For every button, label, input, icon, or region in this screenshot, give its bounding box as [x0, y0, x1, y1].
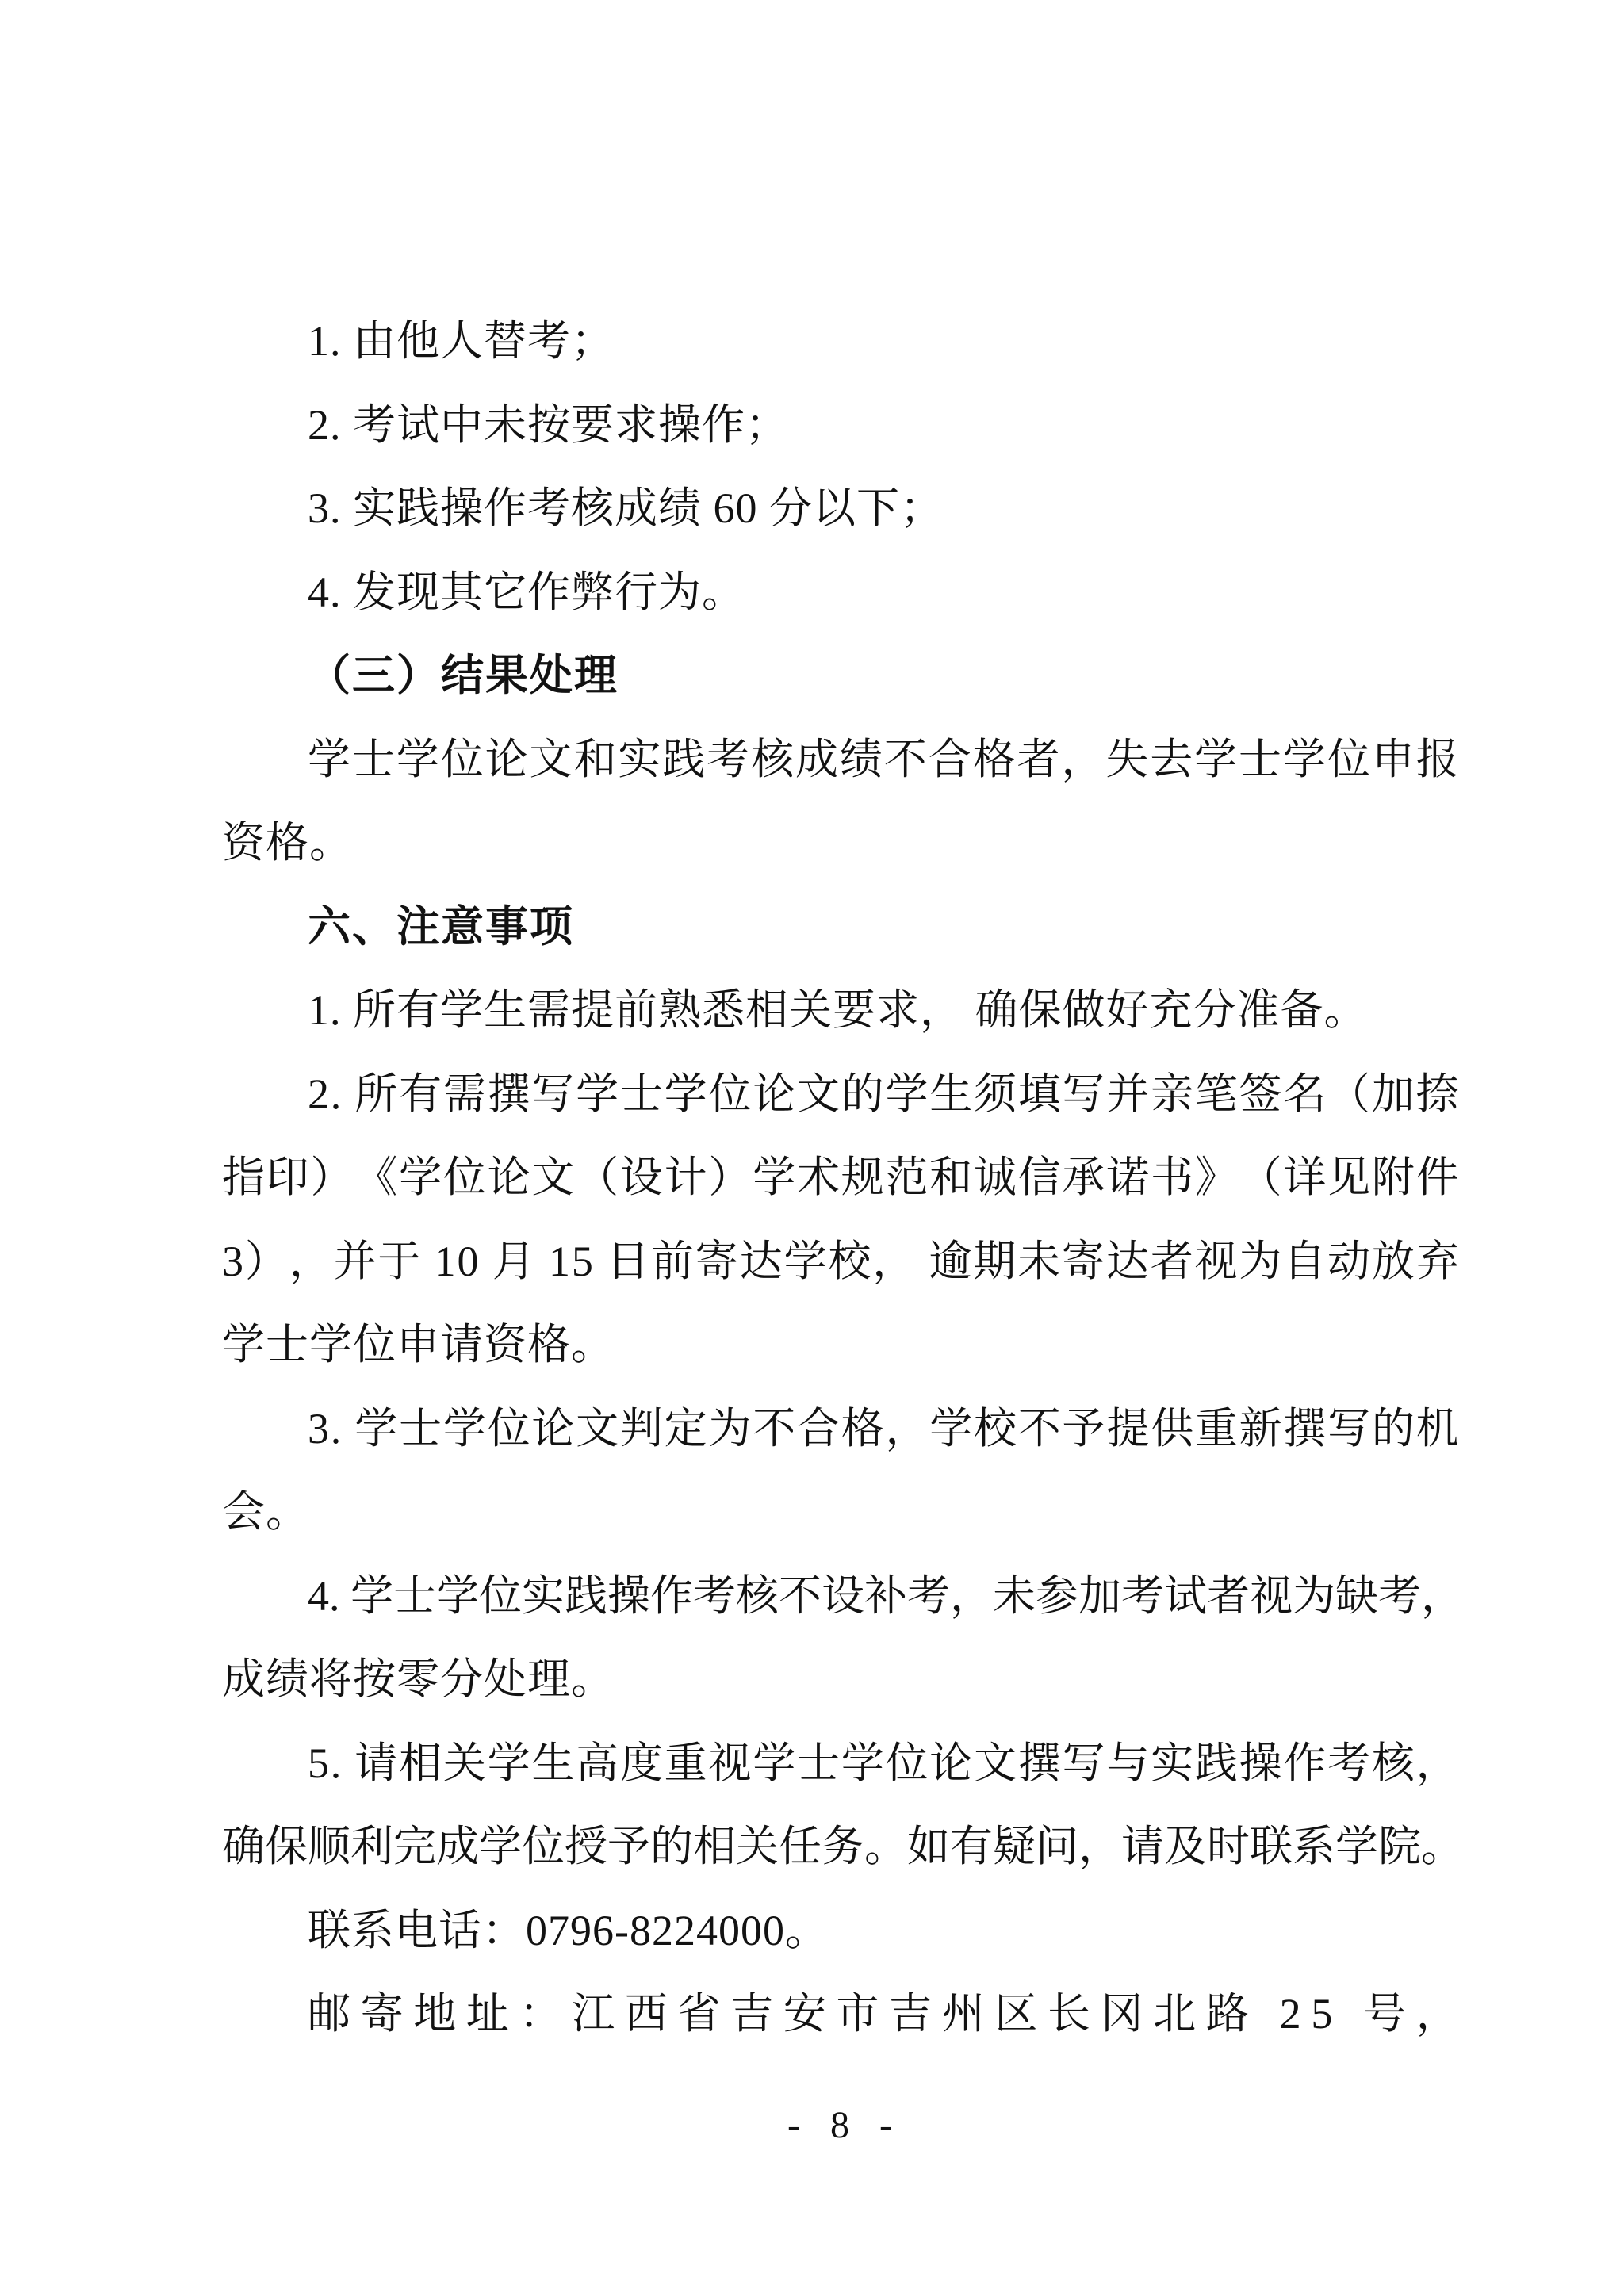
text-line: 学士学位论文和实践考核成绩不合格者，失去学士学位申报 — [222, 718, 1459, 802]
text-line: 1. 由他人替考； — [222, 300, 1459, 384]
text-line: 3. 实践操作考核成绩 60 分以下； — [222, 467, 1459, 551]
page-number: - 8 - — [787, 2104, 894, 2146]
text-line: 3），并于 10 月 15 日前寄达学校， 逾期未寄达者视为自动放弃 — [222, 1220, 1459, 1304]
text-line: 4. 学士学位实践操作考核不设补考，未参加考试者视为缺考， — [222, 1555, 1459, 1639]
text-line: 邮寄地址：江西省吉安市吉州区长冈北路 25 号， — [222, 1973, 1459, 2057]
text-line: 1. 所有学生需提前熟悉相关要求， 确保做好充分准备。 — [222, 969, 1459, 1053]
text-line: 2. 考试中未按要求操作； — [222, 384, 1459, 468]
text-line: 联系电话：0796-8224000。 — [222, 1889, 1459, 1973]
text-line: 会。 — [222, 1471, 1459, 1555]
text-line: 指印）《学位论文（设计）学术规范和诚信承诺书》（详见附件 — [222, 1136, 1459, 1220]
text-line: 学士学位申请资格。 — [222, 1303, 1459, 1387]
text-line: 4. 发现其它作弊行为。 — [222, 551, 1459, 635]
heading-line: 六、注意事项 — [222, 886, 1459, 970]
document-body: 1. 由他人替考；2. 考试中未按要求操作；3. 实践操作考核成绩 60 分以下… — [222, 300, 1459, 2057]
heading-line: （三）结果处理 — [222, 634, 1459, 718]
text-line: 资格。 — [222, 802, 1459, 886]
page-footer: - 8 - — [222, 2084, 1459, 2168]
text-line: 确保顺利完成学位授予的相关任务。如有疑问，请及时联系学院。 — [222, 1805, 1459, 1889]
document-page: 1. 由他人替考；2. 考试中未按要求操作；3. 实践操作考核成绩 60 分以下… — [0, 0, 1624, 2296]
text-line: 成绩将按零分处理。 — [222, 1638, 1459, 1722]
text-line: 5. 请相关学生高度重视学士学位论文撰写与实践操作考核， — [222, 1722, 1459, 1806]
text-line: 3. 学士学位论文判定为不合格，学校不予提供重新撰写的机 — [222, 1387, 1459, 1471]
text-line: 2. 所有需撰写学士学位论文的学生须填写并亲笔签名（加捺 — [222, 1053, 1459, 1137]
